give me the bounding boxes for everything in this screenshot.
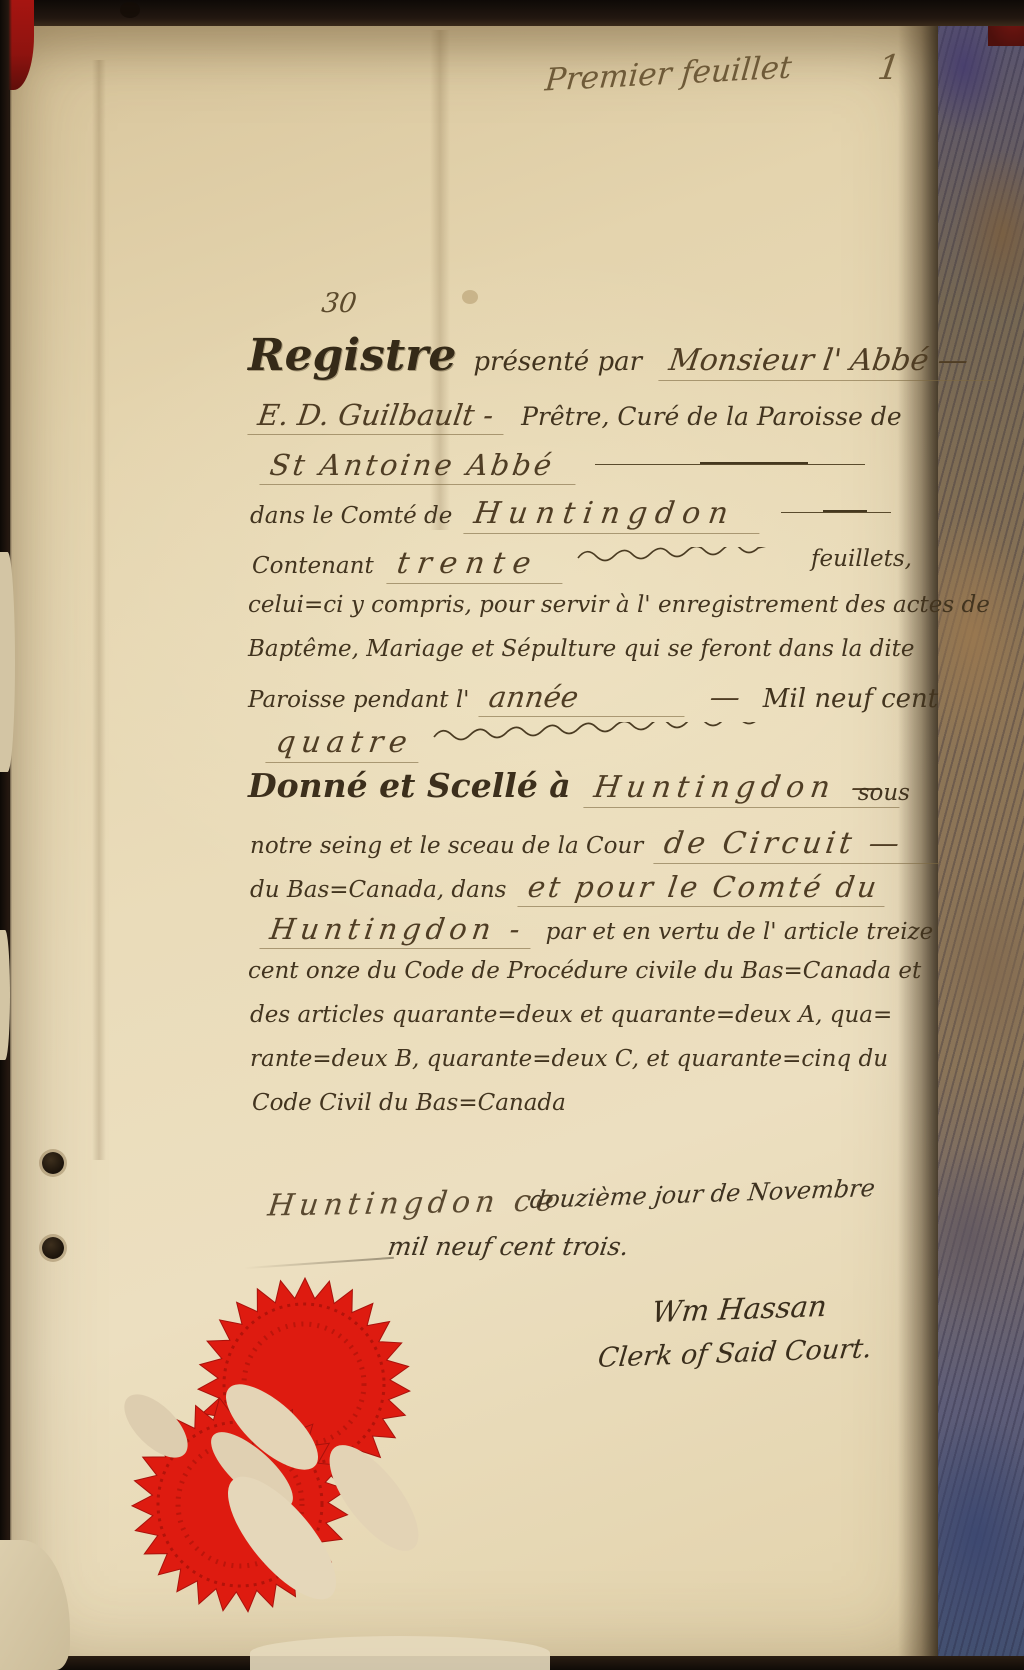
handwritten-entry-court: de Circuit — xyxy=(654,826,945,864)
flourish-dash xyxy=(781,510,891,514)
folio-count-row: 30 xyxy=(322,288,356,319)
printed-text: rante=deux B, quarante=deux C, et quaran… xyxy=(250,1046,888,1072)
printed-text: celui=ci y compris, pour servir à l' enr… xyxy=(248,592,990,618)
printed-text: feuillets, xyxy=(811,546,912,572)
printed-text: par et en vertu de l' article treize xyxy=(546,919,934,945)
wax-seal-graphic xyxy=(92,1272,462,1670)
form-line-2: E. D. Guilbault - Prêtre, Curé de la Par… xyxy=(250,398,902,435)
form-line-16: rante=deux B, quarante=deux C, et quaran… xyxy=(250,1046,888,1072)
scanned-register-page: Premier feuillet 1 30 Registre présenté … xyxy=(0,0,1024,1670)
printed-text: présenté par xyxy=(473,347,642,377)
handwritten-entry-county-phrase: et pour le Comté du xyxy=(517,870,889,907)
handwritten-entry-county: Huntingdon xyxy=(463,496,764,534)
torn-edge-sliver xyxy=(0,552,15,772)
signature: Wm Hassan xyxy=(650,1289,828,1329)
form-line-17: Code Civil du Bas=Canada xyxy=(252,1090,566,1116)
binding-edge xyxy=(0,0,12,1670)
page-number-row: 1 xyxy=(878,48,900,88)
book-top-edge xyxy=(0,0,1024,26)
handwritten-entry-county-2: Huntingdon - xyxy=(259,912,535,949)
printed-text: Mil neuf cent xyxy=(763,684,938,714)
handwritten-entry-parish: St Antoine Abbé xyxy=(259,448,580,485)
printed-text: Paroisse pendant l' xyxy=(248,687,470,713)
form-line-3: St Antoine Abbé xyxy=(262,448,865,485)
handwritten-entry-year-value: quatre xyxy=(265,725,423,763)
printed-text: Code Civil du Bas=Canada xyxy=(252,1090,566,1116)
flourish-squiggle xyxy=(576,547,791,565)
printed-text: dans le Comté de xyxy=(250,503,452,529)
printed-text: Contenant xyxy=(252,553,374,579)
form-line-6: celui=ci y compris, pour servir à l' enr… xyxy=(248,592,990,618)
printed-text: sous xyxy=(858,780,910,806)
form-line-7: Baptême, Mariage et Sépulture qui se fer… xyxy=(248,636,915,662)
form-line-8: Paroisse pendant l' année — Mil neuf cen… xyxy=(248,680,938,717)
form-line-14: cent onze du Code de Procédure civile du… xyxy=(248,958,921,984)
handwritten-entry-place: Huntingdon — xyxy=(583,770,904,808)
closing-place-row: Huntingdon ce xyxy=(268,1183,559,1223)
page-number: 1 xyxy=(875,48,902,88)
printed-text: Baptême, Mariage et Sépulture qui se fer… xyxy=(248,636,915,662)
form-line-10: Donné et Scellé à Huntingdon — sous xyxy=(248,766,910,808)
form-line-5: Contenant trente feuillets, xyxy=(252,546,912,584)
flourish-dash xyxy=(595,462,865,466)
folio-count: 30 xyxy=(320,288,359,319)
punch-hole-bottom xyxy=(42,1237,64,1259)
form-line-12: du Bas=Canada, dans et pour le Comté du xyxy=(250,870,886,907)
printed-text-donne-scelle: Donné et Scellé à xyxy=(248,766,571,805)
form-line-11: notre seing et le sceau de la Cour de Ci… xyxy=(250,826,942,864)
printed-text: notre seing et le sceau de la Cour xyxy=(250,833,643,859)
torn-edge-sliver xyxy=(0,930,10,1060)
handwritten-dash: — xyxy=(707,680,742,715)
form-line-15: des articles quarante=deux et quarante=d… xyxy=(250,1002,892,1028)
form-line-1: Registre présenté par Monsieur l' Abbé — xyxy=(248,330,997,381)
handwritten-entry-presenter: Monsieur l' Abbé — xyxy=(658,343,999,381)
printed-text: du Bas=Canada, dans xyxy=(250,877,506,903)
stain-mark xyxy=(462,290,478,304)
punch-hole-top xyxy=(42,1152,64,1174)
printed-text: des articles quarante=deux et quarante=d… xyxy=(250,1002,892,1028)
stain-mark xyxy=(120,2,140,18)
signature-row: Wm Hassan xyxy=(651,1289,827,1329)
handwritten-entry-priest-name: E. D. Guilbault - xyxy=(247,398,508,435)
form-line-9: quatre xyxy=(268,722,908,763)
form-line-13: Huntingdon - par et en vertu de l' artic… xyxy=(262,912,933,949)
paper-crease xyxy=(92,60,106,1160)
registre-title: Registre xyxy=(248,330,456,381)
marbled-cover-strip xyxy=(938,0,1024,1670)
form-line-4: dans le Comté de Huntingdon xyxy=(250,496,891,534)
handwritten-entry-year-word: année xyxy=(478,680,689,717)
printed-text: cent onze du Code de Procédure civile du… xyxy=(248,958,921,984)
closing-year-row: mil neuf cent trois. xyxy=(388,1232,629,1261)
printed-text: Prêtre, Curé de la Paroisse de xyxy=(521,402,902,431)
closing-year: mil neuf cent trois. xyxy=(386,1232,631,1261)
flourish-squiggle xyxy=(432,722,902,744)
closing-place: Huntingdon ce xyxy=(266,1183,561,1223)
handwritten-entry-folios: trente xyxy=(386,546,567,584)
